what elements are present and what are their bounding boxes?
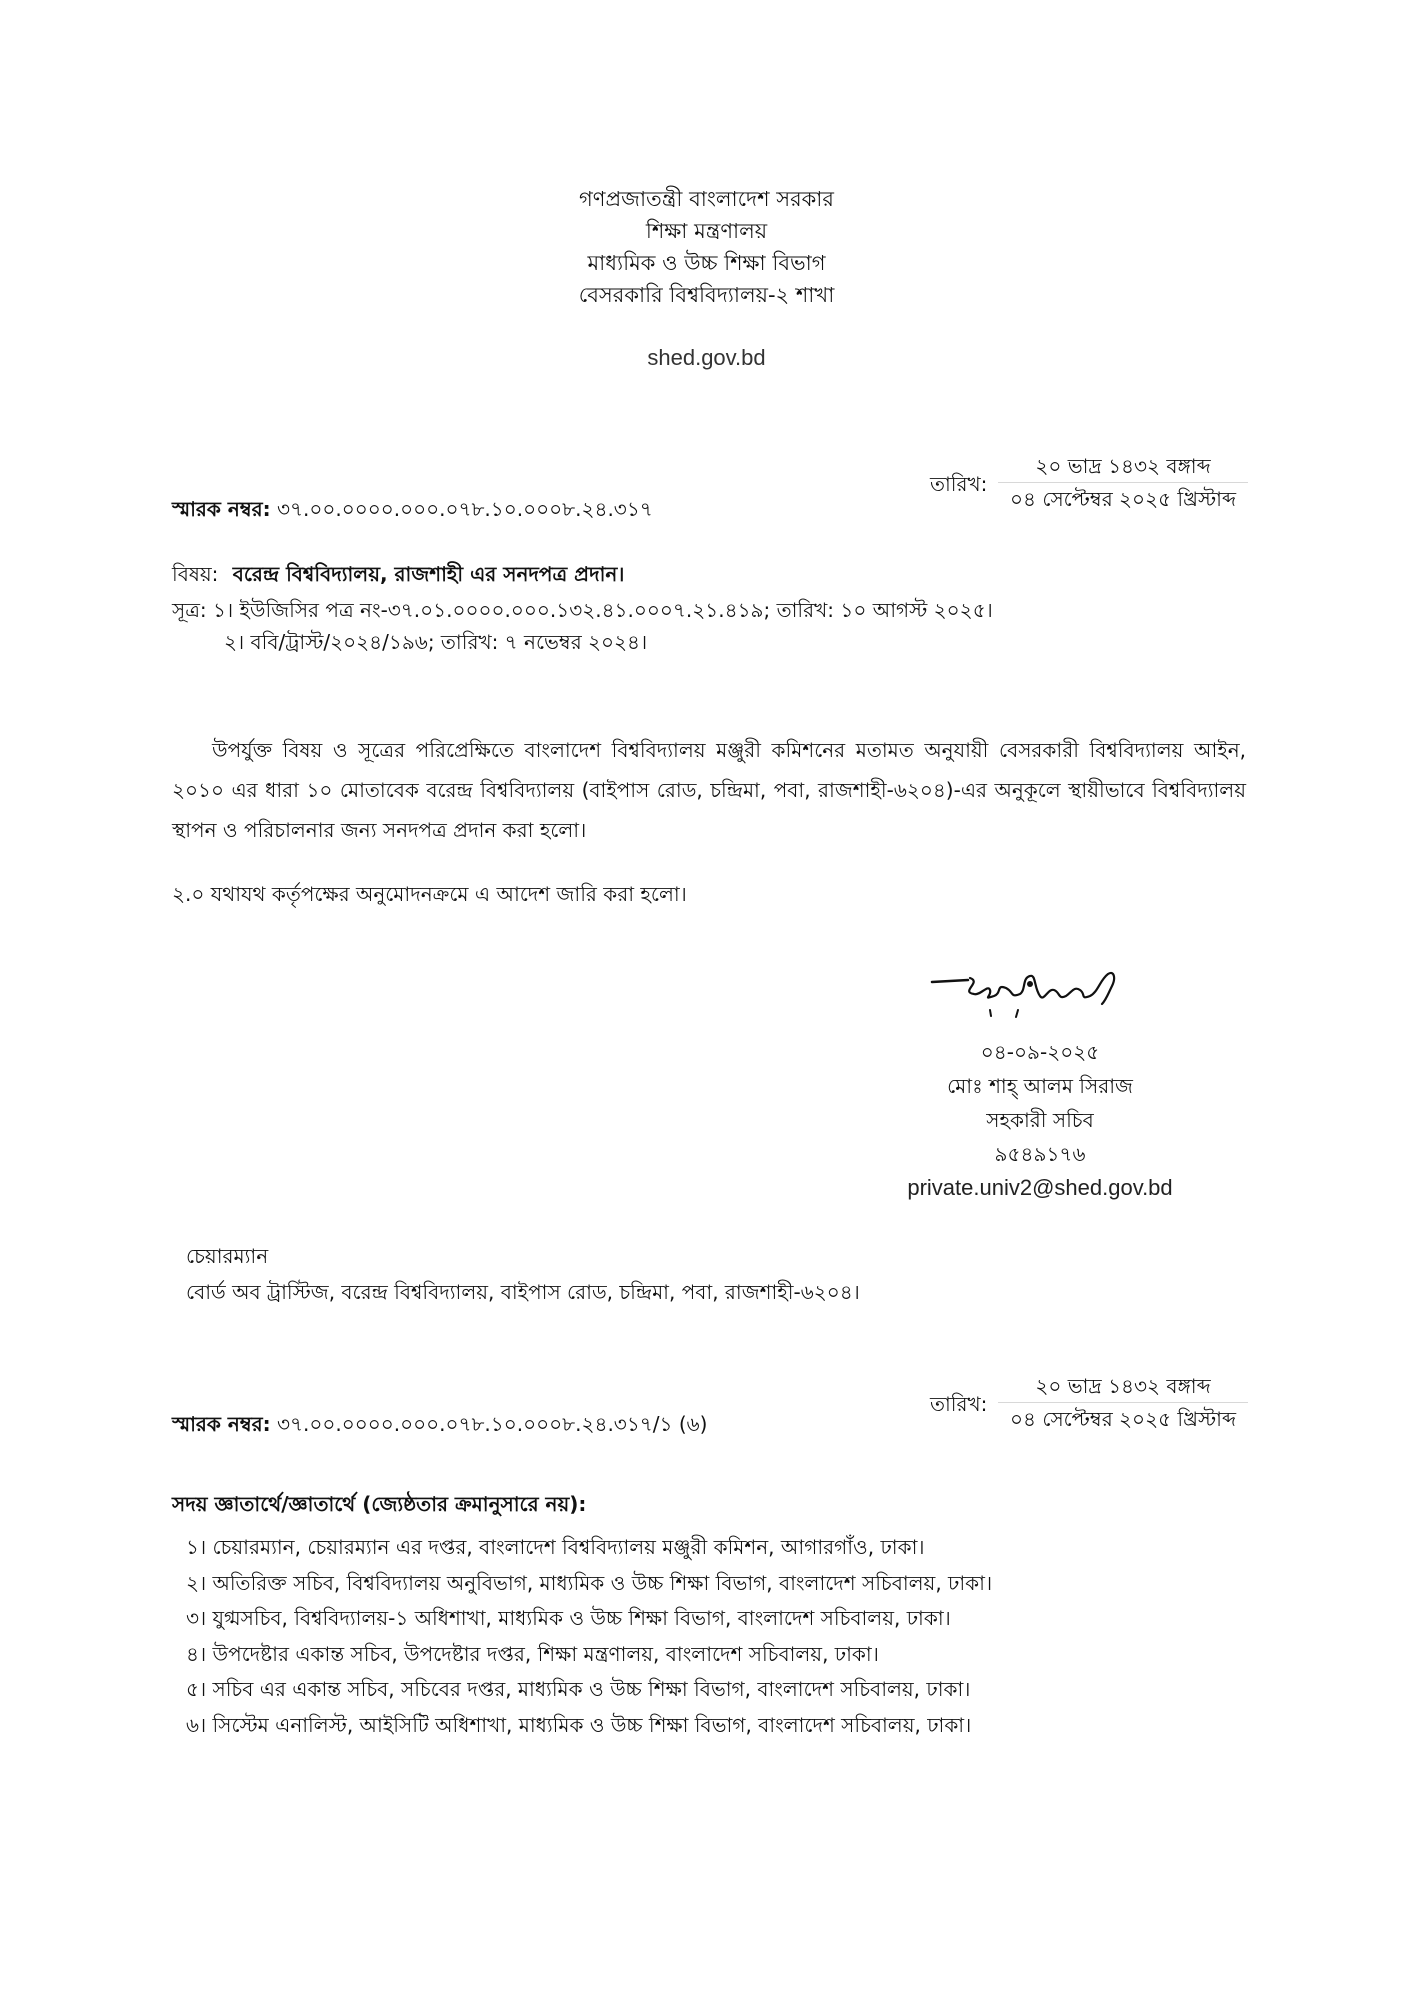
signed-date: ০৪-০৯-২০২৫: [860, 1035, 1220, 1069]
references-label: সূত্র:: [172, 598, 207, 622]
distribution-list: ১। চেয়ারম্যান, চেয়ারম্যান এর দপ্তর, বা…: [186, 1530, 992, 1743]
signatory-block: ০৪-০৯-২০২৫ মোঃ শাহ্ আলম সিরাজ সহকারী সচি…: [860, 1035, 1220, 1205]
subject-label: বিষয়:: [172, 562, 218, 586]
body-paragraph-2: ২.০ যথাযথ কর্তৃপক্ষের অনুমোদনক্রমে এ আদে…: [172, 880, 687, 913]
reference-text: ২। ববি/ট্রাস্ট/২০২৪/১৯৬; তারিখ: ৭ নভেম্ব…: [224, 630, 647, 654]
copy-memo-number-row: স্মারক নম্বর: ৩৭.০০.০০০০.০০০.০৭৮.১০.০০০৮…: [172, 1410, 707, 1443]
distribution-title: সদয় জ্ঞাতার্থে/জ্ঞাতার্থে (জ্যেষ্ঠতার ক…: [172, 1490, 586, 1523]
website-url: shed.gov.bd: [0, 345, 1413, 371]
date-values: ২০ ভাদ্র ১৪৩২ বঙ্গাব্দ ০৪ সেপ্টেম্বর ২০২…: [998, 452, 1248, 513]
distribution-item: ৪। উপদেষ্টার একান্ত সচিব, উপদেষ্টার দপ্ত…: [186, 1637, 992, 1673]
distribution-item: ৫। সচিব এর একান্ত সচিব, সচিবের দপ্তর, মা…: [186, 1672, 992, 1708]
letterhead-ministry: শিক্ষা মন্ত্রণালয়: [0, 215, 1413, 247]
signatory-name: মোঃ শাহ্ আলম সিরাজ: [860, 1069, 1220, 1103]
copy-date-label: তারিখ:: [930, 1390, 987, 1423]
letterhead-branch: বেসরকারি বিশ্ববিদ্যালয়-২ শাখা: [0, 279, 1413, 311]
distribution-item: ৬। সিস্টেম এনালিস্ট, আইসিটি অধিশাখা, মাধ…: [186, 1708, 992, 1744]
recipient-address: বোর্ড অব ট্রাস্টিজ, বরেন্দ্র বিশ্ববিদ্যা…: [186, 1274, 860, 1310]
reference-text: ১। ইউজিসির পত্র নং-৩৭.০১.০০০০.০০০.১৩২.৪১…: [213, 598, 993, 622]
memo-number-label: স্মারক নম্বর:: [172, 497, 271, 521]
letterhead: গণপ্রজাতন্ত্রী বাংলাদেশ সরকার শিক্ষা মন্…: [0, 183, 1413, 311]
reference-item: সূত্র: ১। ইউজিসির পত্র নং-৩৭.০১.০০০০.০০০…: [172, 594, 993, 626]
distribution-item: ৩। যুগ্মসচিব, বিশ্ববিদ্যালয়-১ অধিশাখা, …: [186, 1601, 992, 1637]
letterhead-government: গণপ্রজাতন্ত্রী বাংলাদেশ সরকার: [0, 183, 1413, 215]
distribution-item: ১। চেয়ারম্যান, চেয়ারম্যান এর দপ্তর, বা…: [186, 1530, 992, 1566]
memo-number-row: স্মারক নম্বর: ৩৭.০০.০০০০.০০০.০৭৮.১০.০০০৮…: [172, 495, 653, 528]
copy-date-gregorian: ০৪ সেপ্টেম্বর ২০২৫ খ্রিস্টাব্দ: [998, 1403, 1248, 1433]
copy-memo-number-value: ৩৭.০০.০০০০.০০০.০৭৮.১০.০০০৮.২৪.৩১৭/১ (৬): [277, 1412, 708, 1436]
signatory-phone: ৯৫৪৯১৭৬: [860, 1137, 1220, 1171]
memo-number-value: ৩৭.০০.০০০০.০০০.০৭৮.১০.০০০৮.২৪.৩১৭: [277, 497, 653, 521]
references: সূত্র: ১। ইউজিসির পত্র নং-৩৭.০১.০০০০.০০০…: [172, 594, 993, 658]
letterhead-division: মাধ্যমিক ও উচ্চ শিক্ষা বিভাগ: [0, 247, 1413, 279]
distribution-item: ২। অতিরিক্ত সচিব, বিশ্ববিদ্যালয় অনুবিভা…: [186, 1566, 992, 1602]
date-gregorian: ০৪ সেপ্টেম্বর ২০২৫ খ্রিস্টাব্দ: [998, 483, 1248, 513]
reference-item: ২। ববি/ট্রাস্ট/২০২৪/১৯৬; তারিখ: ৭ নভেম্ব…: [172, 626, 993, 658]
body-paragraph: উপর্যুক্ত বিষয় ও সূত্রের পরিপ্রেক্ষিতে …: [172, 730, 1246, 850]
copy-memo-number-label: স্মারক নম্বর:: [172, 1412, 271, 1436]
document-page: গণপ্রজাতন্ত্রী বাংলাদেশ সরকার শিক্ষা মন্…: [0, 0, 1413, 2000]
recipient-title: চেয়ারম্যান: [186, 1238, 860, 1274]
subject-line: বিষয়: বরেন্দ্র বিশ্ববিদ্যালয়, রাজশাহী …: [172, 560, 624, 593]
signatory-email[interactable]: private.univ2@shed.gov.bd: [860, 1171, 1220, 1205]
recipient-block: চেয়ারম্যান বোর্ড অব ট্রাস্টিজ, বরেন্দ্র…: [186, 1238, 860, 1310]
copy-memo-date: তারিখ: ২০ ভাদ্র ১৪৩২ বঙ্গাব্দ ০৪ সেপ্টেম…: [930, 1372, 1230, 1432]
date-bangla-calendar: ২০ ভাদ্র ১৪৩২ বঙ্গাব্দ: [998, 452, 1248, 483]
copy-date-values: ২০ ভাদ্র ১৪৩২ বঙ্গাব্দ ০৪ সেপ্টেম্বর ২০২…: [998, 1372, 1248, 1433]
subject-text: বরেন্দ্র বিশ্ববিদ্যালয়, রাজশাহী এর সনদপ…: [233, 562, 625, 586]
copy-date-bangla-calendar: ২০ ভাদ্র ১৪৩২ বঙ্গাব্দ: [998, 1372, 1248, 1403]
date-label: তারিখ:: [930, 470, 987, 503]
signatory-designation: সহকারী সচিব: [860, 1103, 1220, 1137]
memo-date: তারিখ: ২০ ভাদ্র ১৪৩২ বঙ্গাব্দ ০৪ সেপ্টেম…: [930, 452, 1230, 512]
signature-image: [930, 960, 1120, 1030]
